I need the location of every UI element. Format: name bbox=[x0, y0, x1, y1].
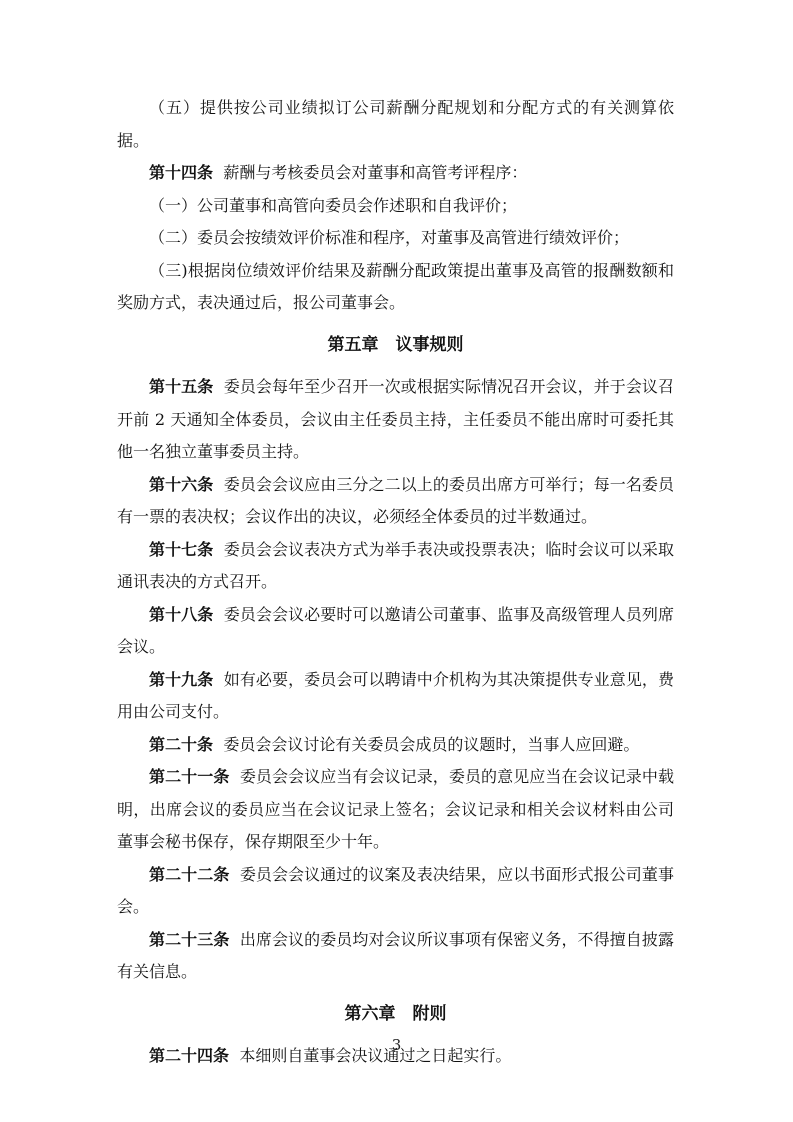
article-number: 第十五条 bbox=[149, 377, 213, 396]
paragraph-text: （五）提供按公司业绩拟订公司薪酬分配规划和分配方式的有关测算依据。 bbox=[117, 98, 674, 150]
article-number: 第二十三条 bbox=[149, 930, 229, 949]
page-footer: 3 bbox=[0, 1036, 793, 1054]
article-number: 第十四条 bbox=[149, 163, 213, 182]
paragraph: 第二十一条委员会会议应当有会议记录，委员的意见应当在会议记录中载明，出席会议的委… bbox=[117, 761, 674, 859]
paragraph: 第十五条委员会每年至少召开一次或根据实际情况召开会议，并于会议召开前 2 天通知… bbox=[117, 371, 674, 469]
article-number: 第十九条 bbox=[149, 670, 213, 689]
paragraph-text: 委员会会议讨论有关委员会成员的议题时，当事人应回避。 bbox=[223, 735, 639, 754]
page-number: 3 bbox=[392, 1036, 402, 1054]
paragraph: 第二十三条出席会议的委员均对会议所议事项有保密义务，不得擅自披露有关信息。 bbox=[117, 924, 674, 989]
article-number: 第二十二条 bbox=[149, 865, 229, 884]
paragraph-text: （二）委员会按绩效评价标准和程序，对董事及高管进行绩效评价； bbox=[149, 228, 629, 247]
document-body: （五）提供按公司业绩拟订公司薪酬分配规划和分配方式的有关测算依据。第十四条薪酬与… bbox=[117, 92, 674, 1073]
paragraph: 第十六条委员会会议应由三分之二以上的委员出席方可举行；每一名委员有一票的表决权；… bbox=[117, 469, 674, 534]
paragraph: 第十八条委员会会议必要时可以邀请公司董事、监事及高级管理人员列席会议。 bbox=[117, 599, 674, 664]
article-number: 第二十一条 bbox=[149, 767, 229, 786]
article-number: 第二十条 bbox=[149, 735, 213, 754]
article-number: 第十六条 bbox=[149, 475, 213, 494]
paragraph: （二）委员会按绩效评价标准和程序，对董事及高管进行绩效评价； bbox=[117, 222, 674, 255]
document-page: （五）提供按公司业绩拟订公司薪酬分配规划和分配方式的有关测算依据。第十四条薪酬与… bbox=[0, 0, 793, 1122]
paragraph: 第二十条委员会会议讨论有关委员会成员的议题时，当事人应回避。 bbox=[117, 729, 674, 762]
paragraph: 第二十二条委员会会议通过的议案及表决结果，应以书面形式报公司董事会。 bbox=[117, 859, 674, 924]
paragraph: 第十九条如有必要，委员会可以聘请中介机构为其决策提供专业意见，费用由公司支付。 bbox=[117, 664, 674, 729]
paragraph-text: （一）公司董事和高管向委员会作述职和自我评价； bbox=[149, 196, 517, 215]
paragraph: （三)根据岗位绩效评价结果及薪酬分配政策提出董事及高管的报酬数额和奖励方式，表决… bbox=[117, 255, 674, 320]
paragraph: （五）提供按公司业绩拟订公司薪酬分配规划和分配方式的有关测算依据。 bbox=[117, 92, 674, 157]
article-number: 第十七条 bbox=[149, 540, 213, 559]
chapter-heading: 第六章 附则 bbox=[117, 998, 674, 1031]
paragraph: （一）公司董事和高管向委员会作述职和自我评价； bbox=[117, 190, 674, 223]
paragraph-text: （三)根据岗位绩效评价结果及薪酬分配政策提出董事及高管的报酬数额和奖励方式，表决… bbox=[117, 261, 674, 313]
paragraph: 第十四条薪酬与考核委员会对董事和高管考评程序： bbox=[117, 157, 674, 190]
article-number: 第十八条 bbox=[149, 605, 213, 624]
chapter-heading: 第五章 议事规则 bbox=[117, 329, 674, 362]
paragraph-text: 薪酬与考核委员会对董事和高管考评程序： bbox=[223, 163, 527, 182]
paragraph: 第十七条委员会会议表决方式为举手表决或投票表决；临时会议可以采取通讯表决的方式召… bbox=[117, 534, 674, 599]
